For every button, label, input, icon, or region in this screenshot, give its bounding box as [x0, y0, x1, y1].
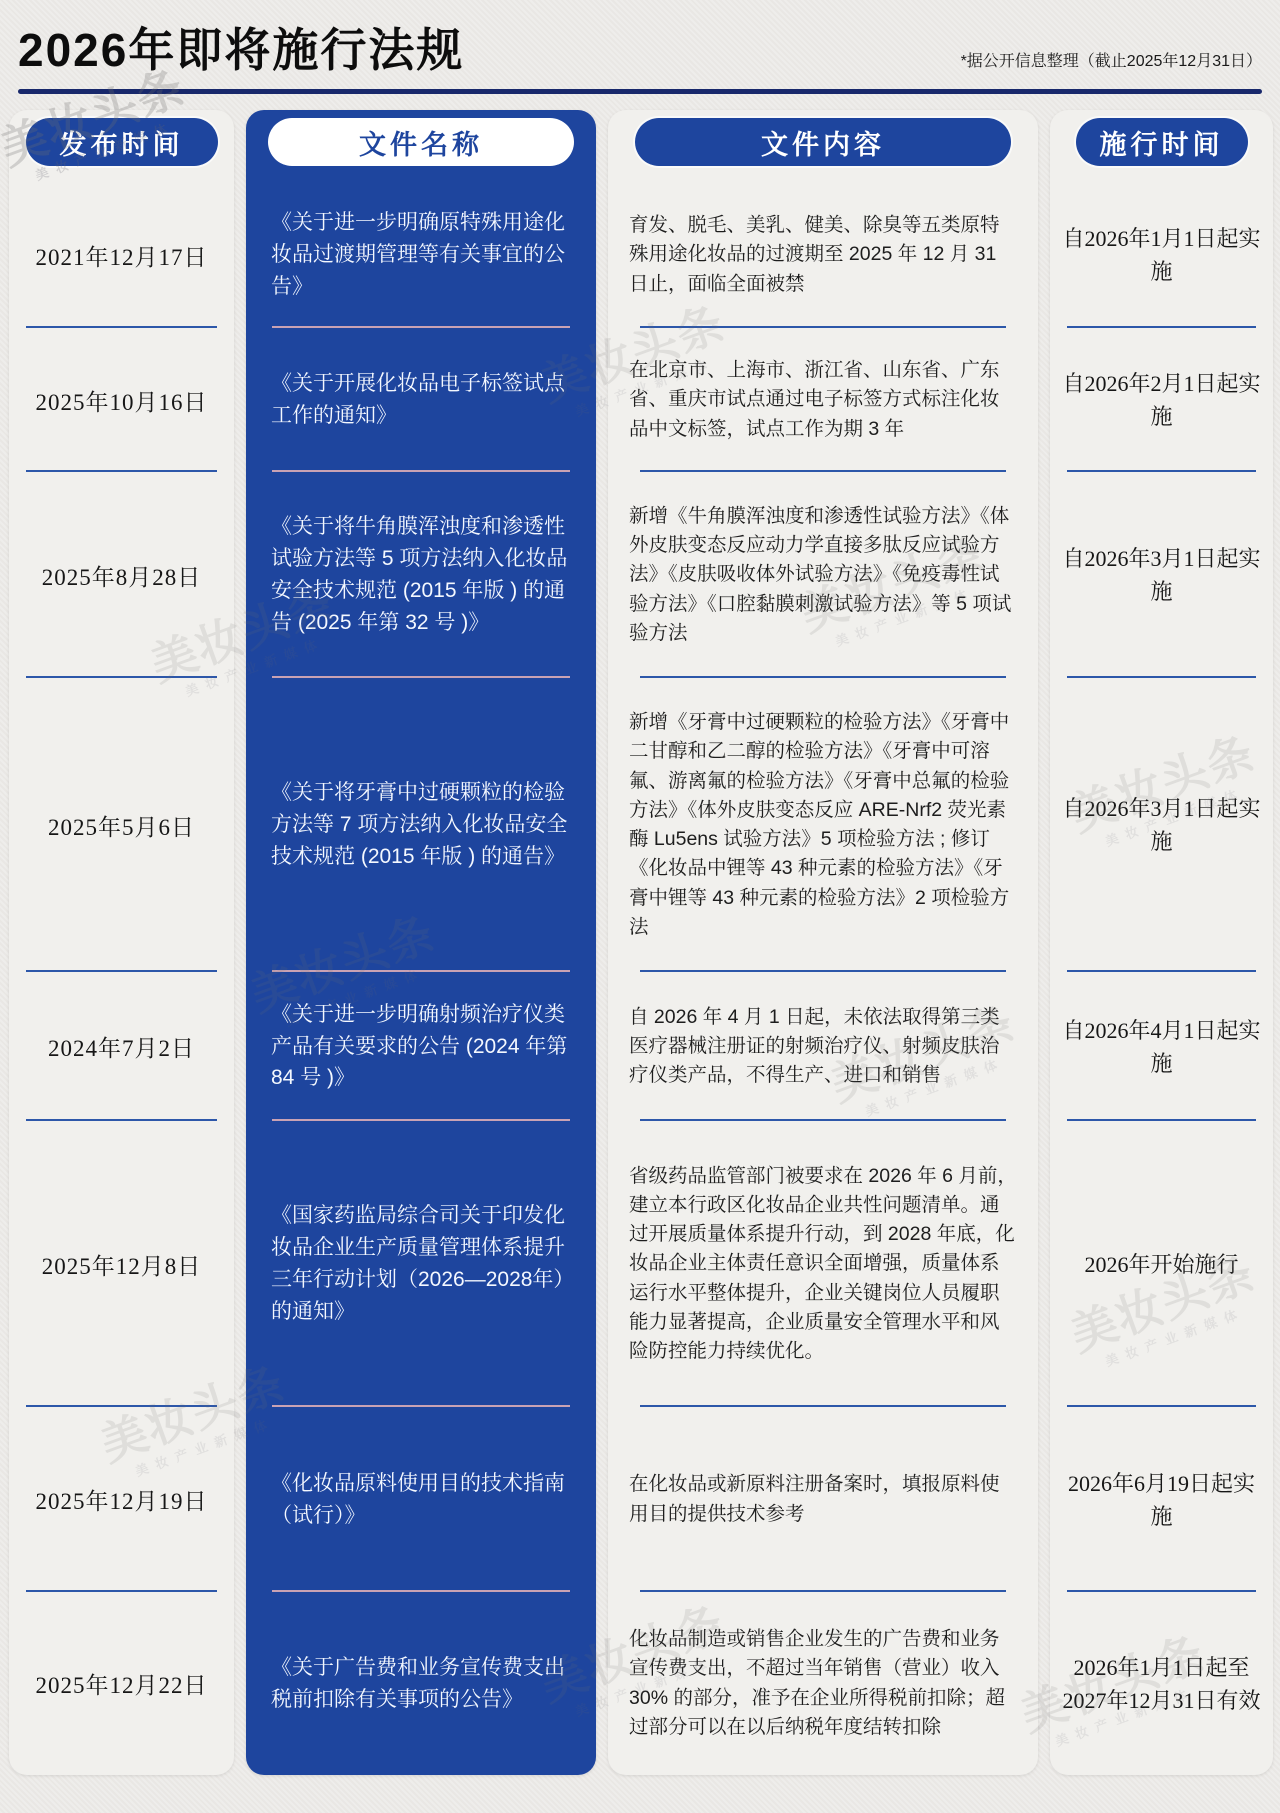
page-title: 2026年即将施行法规 [18, 24, 464, 77]
doc-name-row4: 《关于将牙膏中过硬颗粒的检验方法等 7 项方法纳入化妆品安全技术规范 (2015… [246, 678, 596, 972]
doc-content-body: 育发、脱毛、美乳、健美、除臭等五类原特殊用途化妆品的过渡期至 2025 年 12… [608, 182, 1038, 1775]
column-doc-content: 文件内容 育发、脱毛、美乳、健美、除臭等五类原特殊用途化妆品的过渡期至 2025… [608, 110, 1038, 1775]
publish-date-row1: 2021年12月17日 [9, 182, 234, 328]
header: 2026年即将施行法规 *据公开信息整理（截止2025年12月31日） [0, 0, 1280, 94]
doc-name-row7: 《化妆品原料使用目的技术指南（试行）》 [246, 1407, 596, 1592]
column-effective-date: 施行时间 自2026年1月1日起实施 自2026年2月1日起实施 自2026年3… [1050, 110, 1273, 1775]
doc-name-row3: 《关于将牛角膜浑浊度和渗透性试验方法等 5 项方法纳入化妆品安全技术规范 (20… [246, 472, 596, 678]
column-header-effective-date: 施行时间 [1076, 118, 1248, 166]
doc-name-row2: 《关于开展化妆品电子标签试点工作的通知》 [246, 328, 596, 472]
column-header-doc-content: 文件内容 [635, 118, 1011, 166]
publish-date-row2: 2025年10月16日 [9, 328, 234, 472]
doc-content-row4: 新增《牙膏中过硬颗粒的检验方法》《牙膏中二甘醇和乙二醇的检验方法》《牙膏中可溶氟… [608, 678, 1038, 972]
doc-content-row5: 自 2026 年 4 月 1 日起，未依法取得第三类医疗器械注册证的射频治疗仪、… [608, 972, 1038, 1121]
doc-name-row5: 《关于进一步明确射频治疗仪类产品有关要求的公告 (2024 年第 84 号 )》 [246, 972, 596, 1121]
doc-content-row3: 新增《牛角膜浑浊度和渗透性试验方法》《体外皮肤变态反应动力学直接多肽反应试验方法… [608, 472, 1038, 678]
effective-date-body: 自2026年1月1日起实施 自2026年2月1日起实施 自2026年3月1日起实… [1050, 182, 1273, 1775]
title-underline [18, 89, 1262, 94]
effective-date-row5: 自2026年4月1日起实施 [1050, 972, 1273, 1121]
column-header-publish-date: 发布时间 [26, 118, 218, 166]
doc-content-row7: 在化妆品或新原料注册备案时，填报原料使用目的提供技术参考 [608, 1407, 1038, 1592]
doc-name-row8: 《关于广告费和业务宣传费支出税前扣除有关事项的公告》 [246, 1592, 596, 1775]
publish-date-row6: 2025年12月8日 [9, 1121, 234, 1407]
doc-content-row2: 在北京市、上海市、浙江省、山东省、广东省、重庆市试点通过电子标签方式标注化妆品中… [608, 328, 1038, 472]
effective-date-row2: 自2026年2月1日起实施 [1050, 328, 1273, 472]
publish-date-row5: 2024年7月2日 [9, 972, 234, 1121]
effective-date-row3: 自2026年3月1日起实施 [1050, 472, 1273, 678]
effective-date-row8: 2026年1月1日起至2027年12月31日有效 [1050, 1592, 1273, 1775]
publish-date-row8: 2025年12月22日 [9, 1592, 234, 1775]
source-note: *据公开信息整理（截止2025年12月31日） [961, 48, 1262, 77]
effective-date-row6: 2026年开始施行 [1050, 1121, 1273, 1407]
doc-content-row8: 化妆品制造或销售企业发生的广告费和业务宣传费支出，不超过当年销售（营业）收入 3… [608, 1592, 1038, 1775]
column-publish-date: 发布时间 2021年12月17日 2025年10月16日 2025年8月28日 … [9, 110, 234, 1775]
doc-content-row6: 省级药品监管部门被要求在 2026 年 6 月前，建立本行政区化妆品企业共性问题… [608, 1121, 1038, 1407]
publish-date-row4: 2025年5月6日 [9, 678, 234, 972]
doc-name-body: 《关于进一步明确原特殊用途化妆品过渡期管理等有关事宜的公告》 《关于开展化妆品电… [246, 182, 596, 1775]
doc-content-row1: 育发、脱毛、美乳、健美、除臭等五类原特殊用途化妆品的过渡期至 2025 年 12… [608, 182, 1038, 328]
column-doc-name: 文件名称 《关于进一步明确原特殊用途化妆品过渡期管理等有关事宜的公告》 《关于开… [246, 110, 596, 1775]
doc-name-row6: 《国家药监局综合司关于印发化妆品企业生产质量管理体系提升三年行动计划（2026—… [246, 1121, 596, 1407]
publish-date-row3: 2025年8月28日 [9, 472, 234, 678]
publish-date-row7: 2025年12月19日 [9, 1407, 234, 1592]
effective-date-row1: 自2026年1月1日起实施 [1050, 182, 1273, 328]
effective-date-row4: 自2026年3月1日起实施 [1050, 678, 1273, 972]
column-header-doc-name: 文件名称 [268, 118, 574, 166]
infographic-page: 2026年即将施行法规 *据公开信息整理（截止2025年12月31日） 发布时间… [0, 0, 1280, 1813]
doc-name-row1: 《关于进一步明确原特殊用途化妆品过渡期管理等有关事宜的公告》 [246, 182, 596, 328]
publish-date-body: 2021年12月17日 2025年10月16日 2025年8月28日 2025年… [9, 182, 234, 1775]
effective-date-row7: 2026年6月19日起实施 [1050, 1407, 1273, 1592]
table: 发布时间 2021年12月17日 2025年10月16日 2025年8月28日 … [0, 110, 1280, 1775]
